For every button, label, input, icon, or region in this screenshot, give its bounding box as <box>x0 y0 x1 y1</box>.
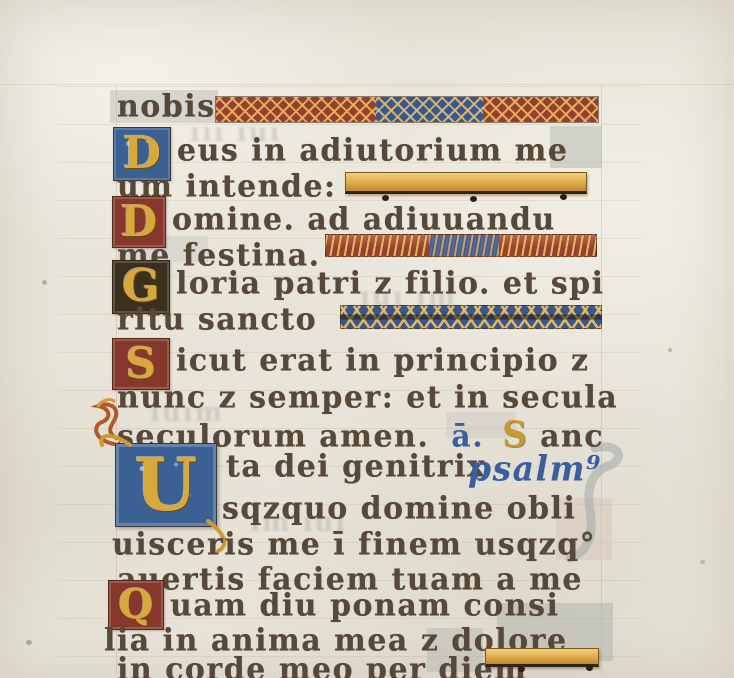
text-line-13: uisceris me ī finem usqzq° <box>112 529 596 560</box>
line-filler-lattice-top <box>215 96 599 123</box>
manuscript-page: ııı ıuı ıuı ım ım ıuı ıuım nobis D eus i… <box>0 0 734 678</box>
text-line-15: uam diu ponam consi <box>170 590 559 621</box>
ruling-line-top <box>0 84 734 85</box>
line-filler-blue-lattice <box>340 305 602 329</box>
parchment-speck <box>42 280 47 285</box>
catchword-nobis: nobis <box>117 91 216 122</box>
text-line-6: loria patri z filio. et spi <box>176 268 605 299</box>
gold-bar-stud <box>382 195 389 201</box>
parchment-speck <box>700 560 705 564</box>
gold-bar-stud <box>518 666 525 672</box>
parchment-speck <box>26 640 32 645</box>
line-filler-wave <box>325 234 597 257</box>
text-line-8: icut erat in principio z <box>176 345 590 376</box>
text-line-4: omine. ad adiuuandu <box>172 204 556 235</box>
text-line-11: ta dei genitrix <box>226 451 486 482</box>
filler-wave-blue-center <box>429 235 499 256</box>
parchment-speck <box>668 348 672 352</box>
filler-segment-red <box>216 97 376 122</box>
text-line-12: sqzquo domine obli <box>222 493 576 524</box>
line-filler-gold-bar <box>345 172 587 194</box>
gold-bar-stud <box>560 194 567 200</box>
text-line-9: nunc z semper: et in secula <box>117 382 618 413</box>
line-filler-gold-bar-bottom <box>485 648 599 667</box>
text-line-17: in corde meo per diem <box>117 654 528 678</box>
initial-letter: U <box>135 449 198 521</box>
filler-segment-blue <box>376 97 483 122</box>
initial-letter: Q <box>119 585 154 625</box>
filler-segment-red <box>483 97 598 122</box>
illuminated-initial-u-large: U <box>115 443 217 527</box>
text-line-7: ritu sancto <box>117 304 317 335</box>
text-line-2: eus in adiutorium me <box>177 135 568 166</box>
psalm-rubric-blue: psalm⁹ <box>468 451 602 485</box>
gold-bar-stud <box>586 665 593 671</box>
